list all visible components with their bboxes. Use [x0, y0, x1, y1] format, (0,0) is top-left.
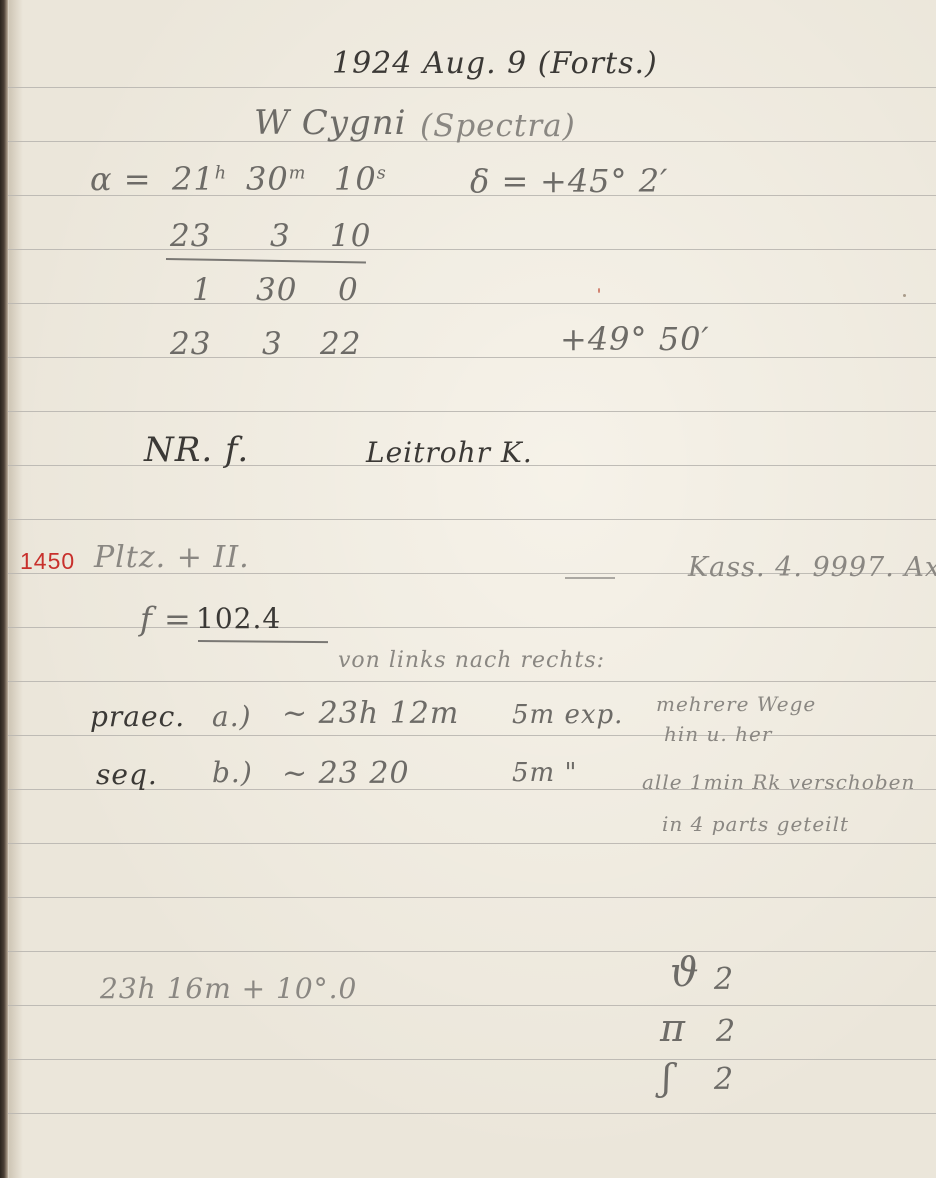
row4-h: 23	[170, 326, 211, 362]
ruled-line	[8, 1059, 936, 1060]
row2-h: 23	[170, 218, 211, 254]
row4-s: 22	[320, 326, 361, 362]
symbol-pi: π	[660, 1006, 686, 1050]
delta-value: +45° 2′	[540, 162, 668, 200]
symbol-pi-value: 2	[716, 1014, 736, 1049]
focus-value: 102.4	[196, 602, 281, 635]
exposure-b-position: ~ 23 20	[282, 756, 410, 791]
exposure-b-index: b.)	[212, 756, 253, 789]
note-right: Leitrohr K.	[366, 436, 533, 469]
row2-s: 10	[330, 218, 371, 254]
ruled-line	[8, 951, 936, 952]
alpha-hours: 21h	[172, 160, 227, 198]
note-left: NR. f.	[144, 430, 249, 470]
exposure-a-remark-1: mehrere Wege	[656, 692, 816, 716]
ruled-line	[8, 411, 936, 412]
row4-m: 3	[262, 326, 283, 362]
exposure-a-duration: 5m exp.	[512, 700, 623, 730]
ruled-line	[8, 681, 936, 682]
paper-speck	[903, 294, 906, 297]
exposure-b-duration: 5m "	[512, 758, 577, 788]
camera-label: Kass. 4. 9997. Ax	[688, 552, 936, 583]
red-mark	[598, 288, 600, 293]
alpha-label: α =	[90, 160, 152, 198]
hours-unit: h	[215, 163, 227, 183]
row3-s: 0	[338, 272, 359, 308]
time-red: 1450	[20, 548, 75, 575]
ruled-line	[8, 87, 936, 88]
exposure-a-position: ~ 23h 12m	[282, 696, 459, 731]
symbol-theta: ϑ	[670, 950, 700, 996]
ruled-line	[8, 735, 936, 736]
alpha-minutes-value: 30	[246, 160, 289, 198]
ruled-line	[8, 249, 936, 250]
sum-underline	[166, 258, 366, 263]
row3-m: 30	[256, 272, 297, 308]
delta-result: +49° 50′	[560, 320, 710, 358]
exposure-a-index: a.)	[212, 700, 252, 733]
object-name: W Cygni	[254, 103, 407, 143]
alpha-seconds: 10s	[334, 160, 387, 198]
binding-edge	[0, 0, 9, 1178]
short-dash	[565, 577, 615, 579]
object-note: (Spectra)	[420, 108, 576, 144]
ruled-line	[8, 357, 936, 358]
ruled-line	[8, 1005, 936, 1006]
alpha-minutes: 30m	[246, 160, 306, 198]
exposure-b-remark-2: in 4 parts geteilt	[662, 812, 849, 836]
exposure-b-remark-1: alle 1min Rk verschoben	[642, 770, 915, 794]
ruled-line	[8, 519, 936, 520]
footer-position: 23h 16m + 10°.0	[100, 972, 357, 1005]
direction-note: von links nach rechts:	[338, 648, 605, 673]
symbol-esh: ʃ	[662, 1058, 673, 1099]
ruled-line	[8, 843, 936, 844]
exposure-a-label: praec.	[90, 700, 185, 733]
page-date: 1924 Aug. 9 (Forts.)	[332, 46, 658, 81]
symbol-theta-value: 2	[714, 962, 734, 997]
exposure-a-remark-2: hin u. her	[664, 722, 772, 746]
seconds-unit: s	[377, 163, 387, 183]
alpha-hours-value: 21	[172, 160, 215, 198]
ruled-line	[8, 1113, 936, 1114]
delta-label: δ =	[470, 162, 529, 200]
focus-label: f =	[140, 600, 192, 638]
minutes-unit: m	[289, 163, 307, 183]
focus-underline	[198, 640, 328, 643]
alpha-seconds-value: 10	[334, 160, 377, 198]
plate-label: Pltz. + II.	[94, 540, 250, 575]
ruled-line	[8, 897, 936, 898]
row2-m: 3	[270, 218, 291, 254]
exposure-b-label: seq.	[96, 758, 158, 791]
row3-h: 1	[192, 272, 213, 308]
binding-shadow	[9, 0, 23, 1178]
symbol-esh-value: 2	[714, 1062, 734, 1097]
ruled-line	[8, 303, 936, 304]
notebook-page: 1924 Aug. 9 (Forts.) W Cygni (Spectra) α…	[0, 0, 936, 1178]
